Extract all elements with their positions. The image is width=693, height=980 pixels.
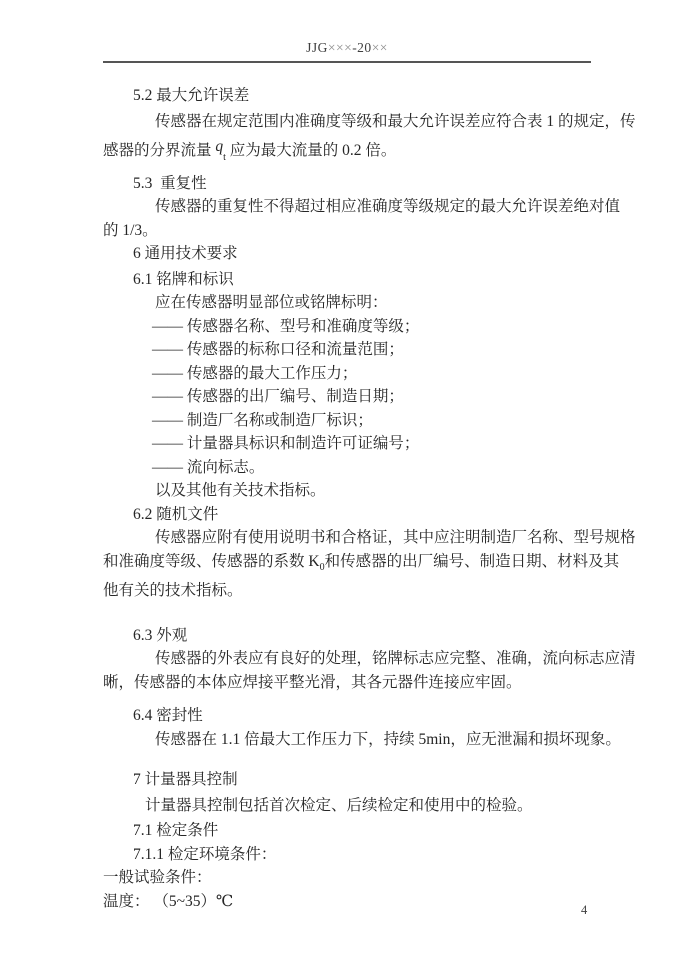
paragraph-line: 感器的分界流量 qt 应为最大流量的 0.2 倍。 — [103, 139, 592, 169]
text-run: 和准确度等级、传感器的系数 K — [103, 553, 320, 570]
section-heading-7: 7 计量器具控制 — [103, 768, 592, 792]
paragraph-line: 传感器在 1.1 倍最大工作压力下，持续 5min，应无泄漏和损坏现象。 — [103, 728, 592, 752]
variable-qt: qt — [215, 142, 226, 159]
paragraph-line: 晰，传感器的本体应焊接平整光滑，其各元器件连接应牢固。 — [103, 671, 592, 695]
paragraph-line: 温度： （5~35）℃ — [103, 890, 592, 914]
paragraph-line: 传感器应附有使用说明书和合格证，其中应注明制造厂名称、型号规格 — [103, 526, 592, 550]
section-heading-6-1: 6.1 铭牌和标识 — [103, 268, 592, 292]
list-item: —— 传感器名称、型号和准确度等级； — [103, 315, 592, 339]
list-item: —— 传感器的最大工作压力； — [103, 362, 592, 386]
section-heading-7-1-1: 7.1.1 检定环境条件： — [103, 843, 592, 867]
document-body: 5.2 最大允许误差 传感器在规定范围内准确度等级和最大允许误差应符合表 1 的… — [103, 84, 592, 913]
header-text-x2: ×× — [372, 40, 388, 55]
list-item: —— 制造厂名称或制造厂标识； — [103, 409, 592, 433]
header-text-x1: ××× — [328, 40, 352, 55]
page-header: JJG×××-20×× — [103, 40, 591, 63]
section-heading-5-3: 5.3 重复性 — [103, 172, 592, 196]
paragraph-line: 以及其他有关技术指标。 — [103, 479, 592, 503]
paragraph-line: 应在传感器明显部位或铭牌标明： — [103, 291, 592, 315]
paragraph-line: 一般试验条件： — [103, 866, 592, 890]
paragraph-line: 的 1/3。 — [103, 219, 592, 243]
section-heading-6-2: 6.2 随机文件 — [103, 503, 592, 527]
paragraph-line: 传感器在规定范围内准确度等级和最大允许误差应符合表 1 的规定，传 — [103, 110, 592, 134]
document-page: JJG×××-20×× 5.2 最大允许误差 传感器在规定范围内准确度等级和最大… — [0, 0, 693, 980]
page-number: 4 — [581, 903, 587, 918]
paragraph-line: 他有关的技术指标。 — [103, 579, 592, 603]
list-item: —— 传感器的出厂编号、制造日期； — [103, 385, 592, 409]
section-heading-6-4: 6.4 密封性 — [103, 704, 592, 728]
list-item: —— 传感器的标称口径和流量范围； — [103, 338, 592, 362]
section-heading-5-2: 5.2 最大允许误差 — [103, 84, 592, 108]
paragraph-line: 和准确度等级、传感器的系数 K0和传感器的出厂编号、制造日期、材料及其 — [103, 550, 592, 580]
header-text-jjg: JJG — [306, 40, 328, 55]
header-text-year: -20 — [352, 40, 372, 55]
paragraph-line: 计量器具控制包括首次检定、后续检定和使用中的检验。 — [103, 794, 592, 818]
paragraph-line: 传感器的外表应有良好的处理，铭牌标志应完整、准确，流向标志应清 — [103, 647, 592, 671]
section-heading-6: 6 通用技术要求 — [103, 242, 592, 266]
section-heading-6-3: 6.3 外观 — [103, 624, 592, 648]
list-item: —— 流向标志。 — [103, 456, 592, 480]
section-heading-7-1: 7.1 检定条件 — [103, 819, 592, 843]
text-run: 应为最大流量的 0.2 倍。 — [226, 142, 397, 159]
text-run: 和传感器的出厂编号、制造日期、材料及其 — [325, 553, 620, 570]
list-item: —— 计量器具标识和制造许可证编号； — [103, 432, 592, 456]
text-run: 感器的分界流量 — [103, 142, 215, 159]
paragraph-line: 传感器的重复性不得超过相应准确度等级规定的最大允许误差绝对值 — [103, 195, 592, 219]
